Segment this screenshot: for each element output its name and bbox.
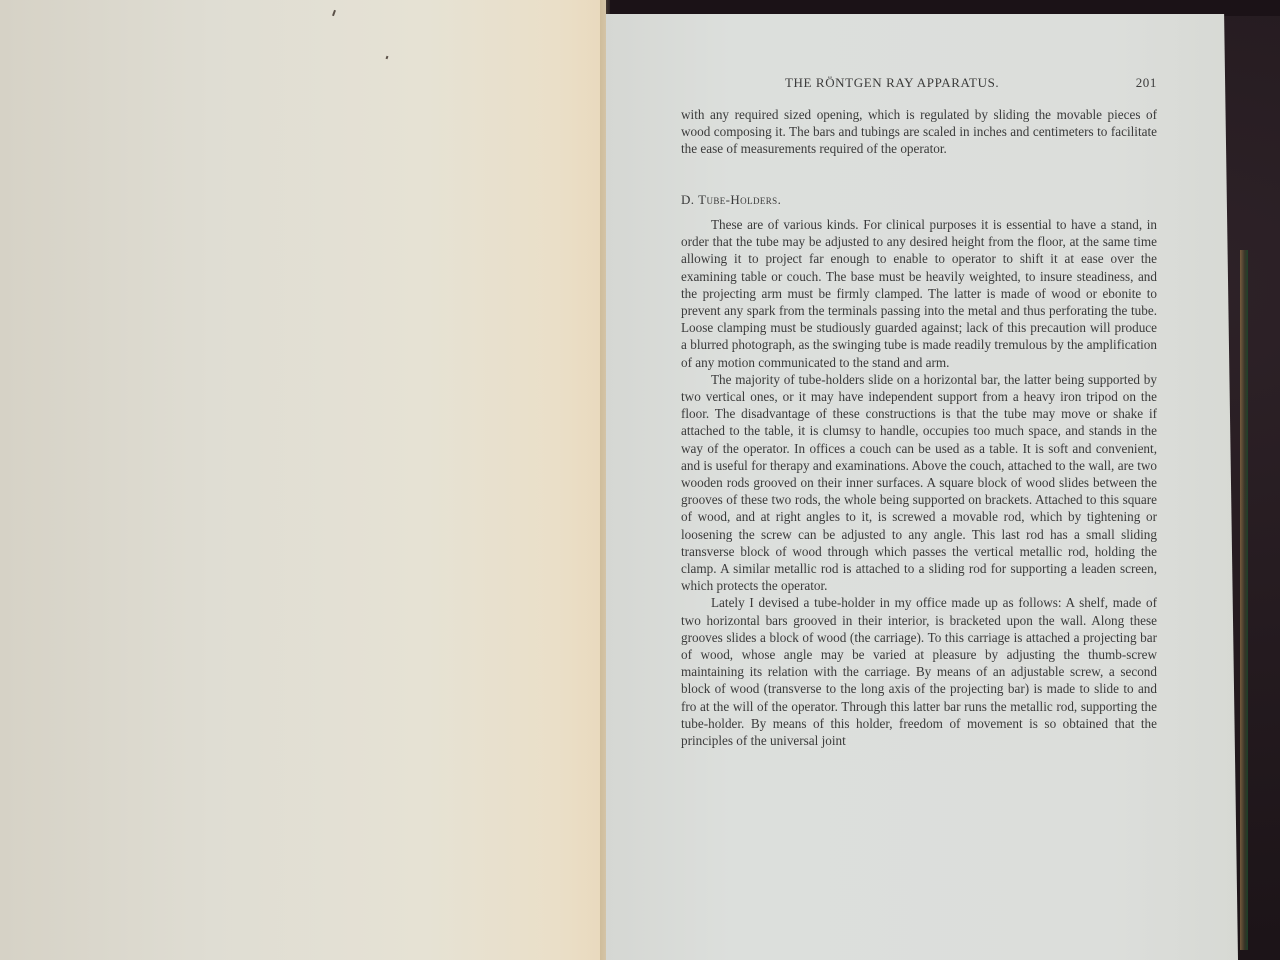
- left-page-blank: [0, 0, 606, 960]
- running-title: THE RÖNTGEN RAY APPARATUS.: [785, 75, 999, 91]
- section-letter: D.: [681, 192, 694, 207]
- paper-fleck: [332, 10, 336, 16]
- paragraph: Lately I devised a tube-holder in my off…: [681, 594, 1157, 749]
- opening-paragraph: with any required sized opening, which i…: [681, 106, 1157, 158]
- page-number: 201: [1136, 75, 1157, 91]
- section-title: Tube-Holders.: [698, 192, 781, 207]
- section-heading: D. Tube-Holders.: [681, 192, 781, 208]
- paragraph: The majority of tube-holders slide on a …: [681, 371, 1157, 595]
- body-text: These are of various kinds. For clinical…: [681, 216, 1157, 749]
- top-shadow: [560, 0, 1280, 16]
- paragraph: These are of various kinds. For clinical…: [681, 216, 1157, 371]
- paper-fleck: [386, 56, 389, 60]
- page-edge: [1240, 250, 1248, 950]
- opening-paragraph-block: with any required sized opening, which i…: [681, 106, 1157, 158]
